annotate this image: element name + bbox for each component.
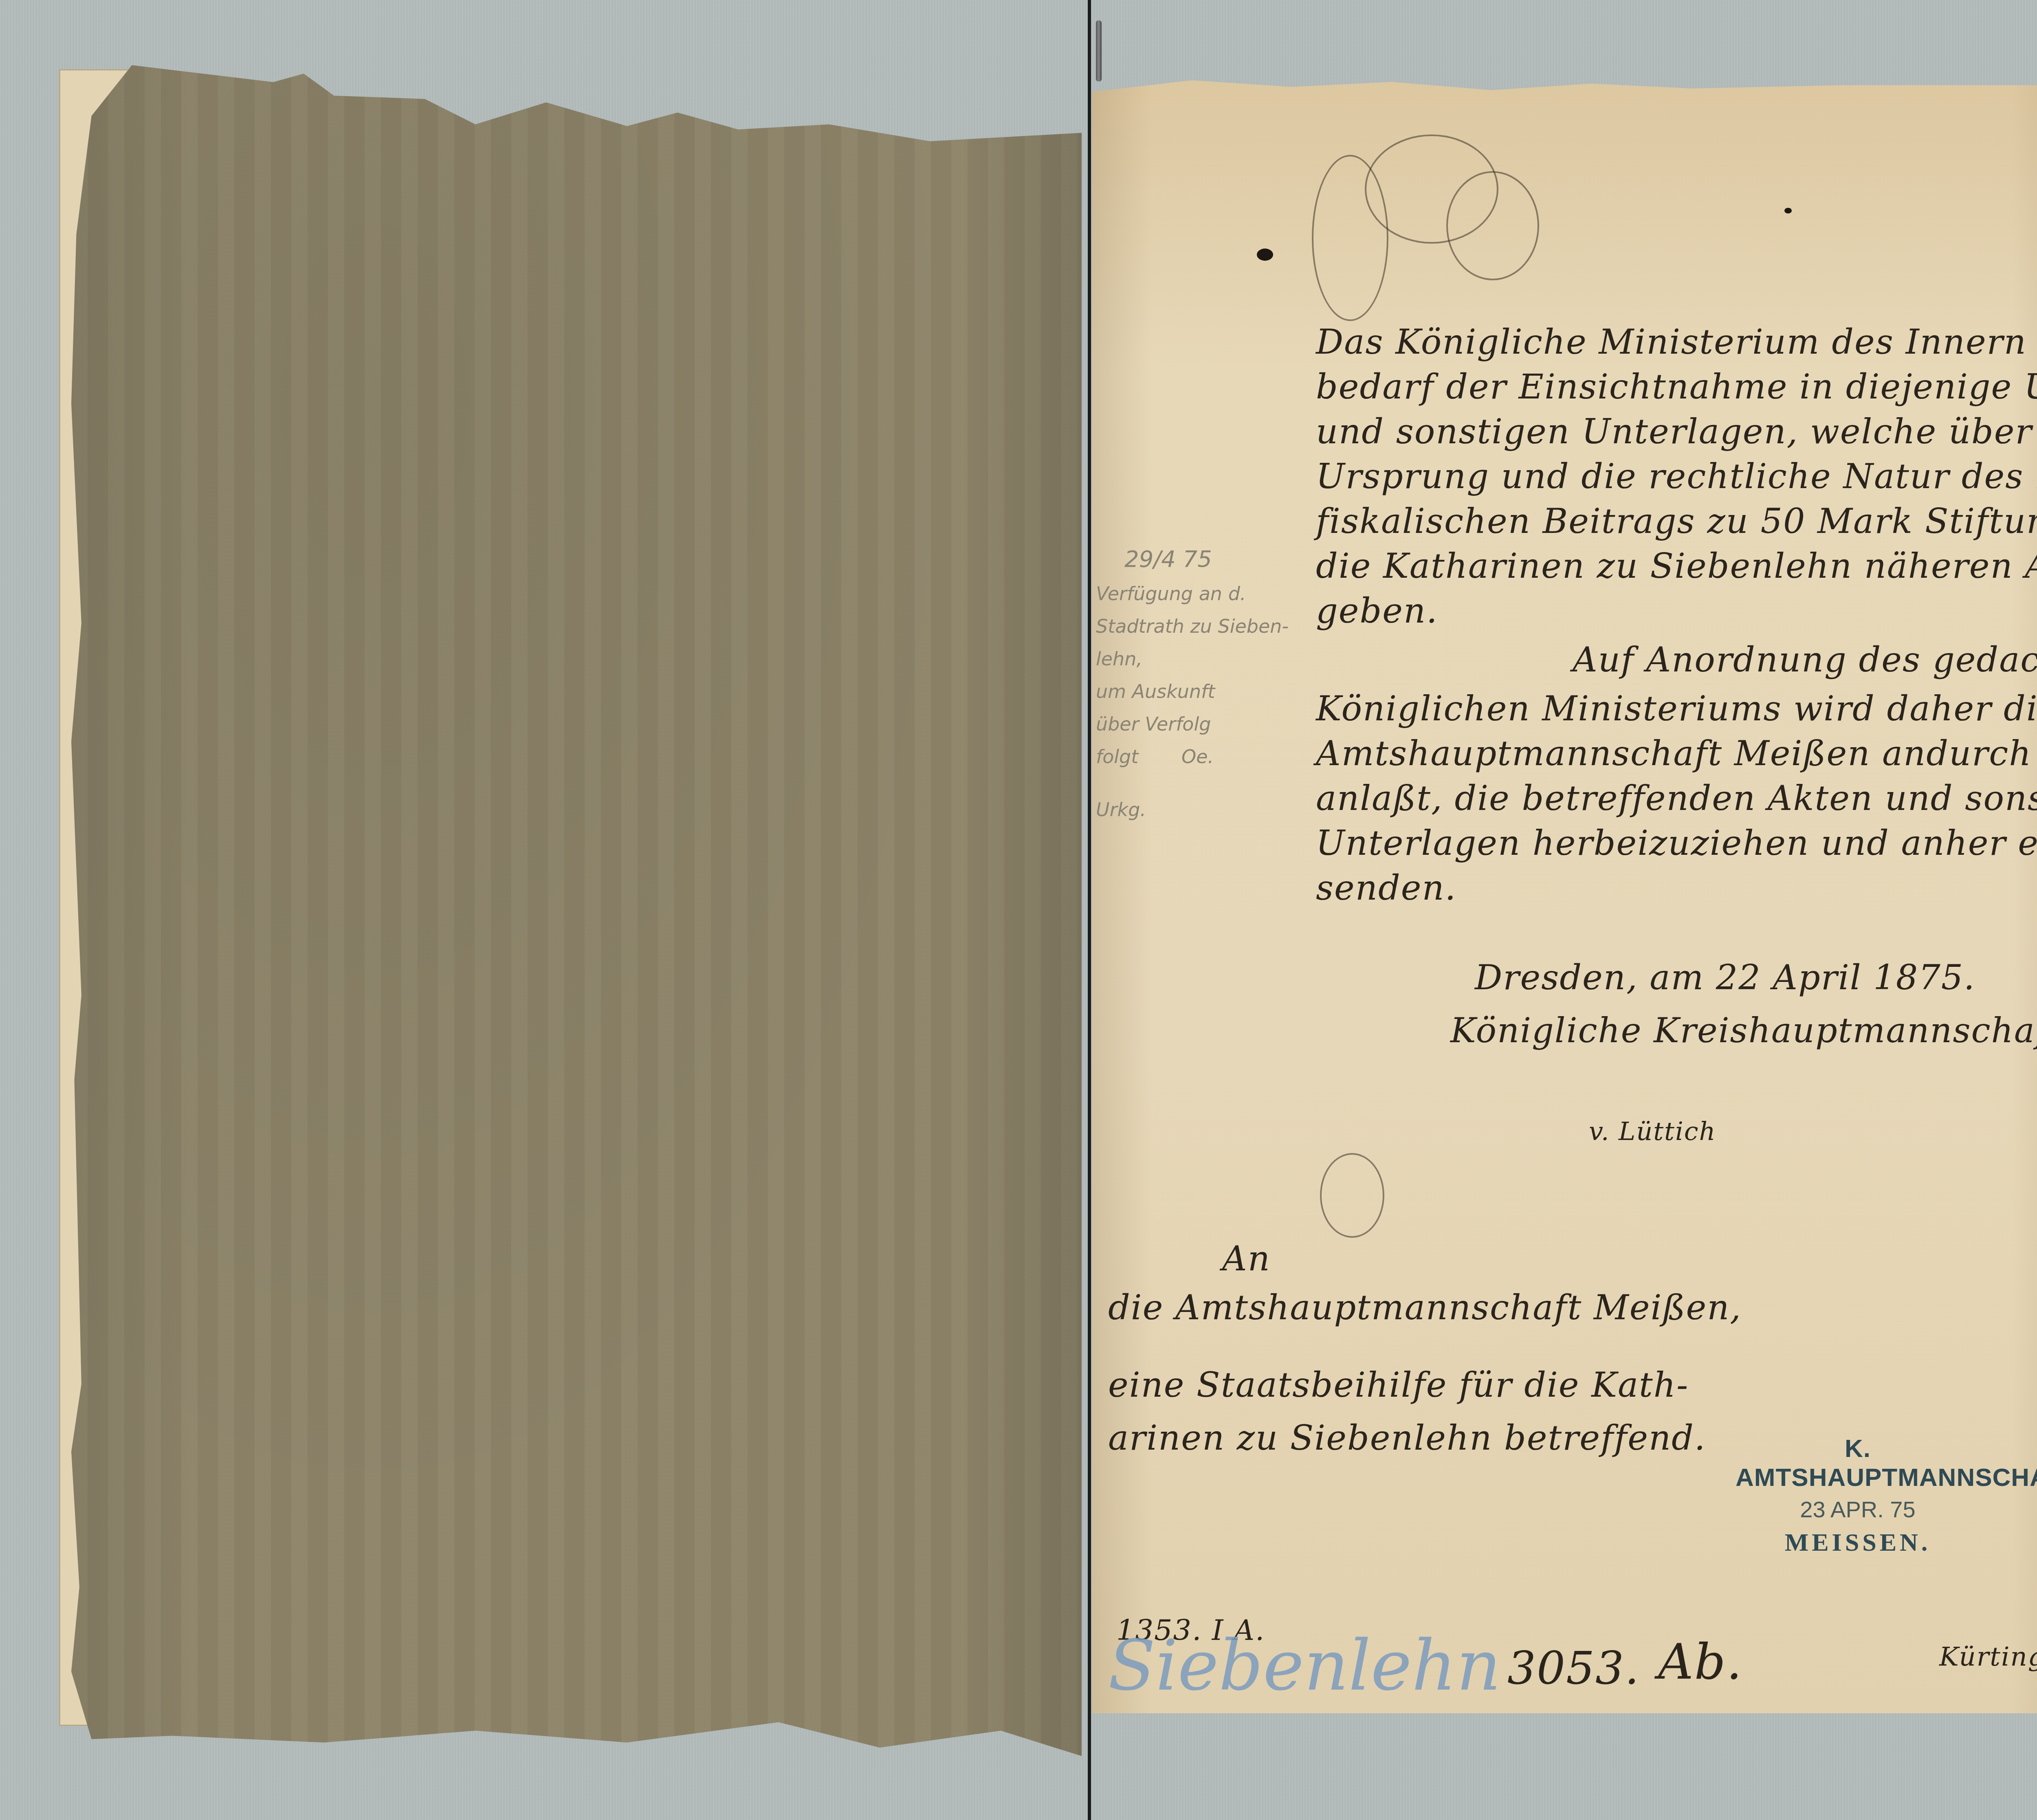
body-line: Ursprung und die rechtliche Natur des bi… [1316,456,2037,496]
body-line: die Katharinen zu Siebenlehn näheren Auf… [1316,546,2037,586]
issuing-authority: Königliche Kreishauptmannschaft [1450,1010,2037,1050]
body-line: Königlichen Ministeriums wird daher die [1316,689,2037,728]
body-line: senden. [1316,868,1456,908]
body-line: Das Königliche Ministerium des Innern [1316,322,2027,362]
flourish-icon [1446,171,1539,280]
subject-line: arinen zu Siebenlehn betreffend. [1108,1418,1706,1458]
flourish-icon [1320,1153,1384,1238]
receipt-stamp: K. AMTSHAUPTMANNSCHAFT 23 APR. 75 MEISSE… [1736,1434,1980,1565]
signature: v. Lüttich [1589,1116,1716,1146]
subject-line: eine Staatsbeihilfe für die Kath- [1108,1365,1689,1405]
body-line: Unterlagen herbeizuziehen und anher einz… [1316,823,2037,863]
ink-blot [1257,249,1273,261]
registry-number: 3053. [1507,1642,1640,1694]
recipient-line: die Amtshauptmannschaft Meißen, [1108,1287,1742,1327]
file-cover-inner [71,65,1082,1756]
body-line: Amtshauptmannschaft Meißen andurch ver- [1316,733,2037,773]
binding-thread [1096,20,1102,81]
body-line: fiskalischen Beitrags zu 50 Mark Stiftun… [1316,501,2037,541]
body-line: bedarf der Einsichtnahme in diejenige Ur… [1316,367,2037,407]
blue-crayon-place-name: Siebenlehn [1108,1626,1501,1706]
ink-blot [1784,208,1792,213]
stamp-date: 23 APR. 75 [1736,1496,1980,1523]
body-line: Auf Anordnung des gedachten [1573,640,2037,680]
binding-spine [1088,0,1091,1820]
stamp-city: MEISSEN. [1736,1528,1980,1557]
address-prefix: An [1222,1239,1271,1279]
clerk-signature: Kürting P. [1939,1642,2037,1672]
date-line: Dresden, am 22 April 1875. [1475,957,1975,997]
stamp-office: K. AMTSHAUPTMANNSCHAFT [1736,1434,1980,1492]
registry-initial: Ab. [1658,1634,1743,1690]
body-line: und sonstigen Unterlagen, welche über de… [1316,412,2037,451]
body-line: geben. [1316,591,1438,631]
body-line: anlaßt, die betreffenden Akten und sonst… [1316,778,2037,818]
